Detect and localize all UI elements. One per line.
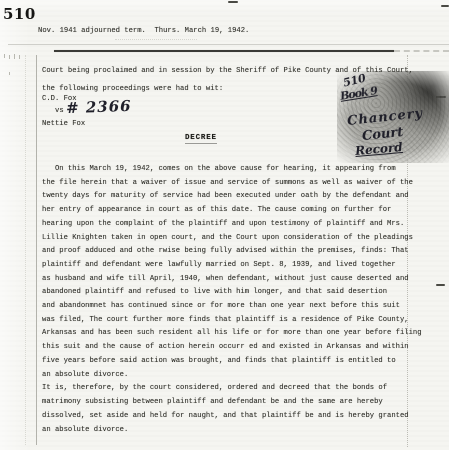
decree-closing-line: dissolved, set aside and held for naught… <box>42 409 409 423</box>
scan-artifact <box>19 55 20 59</box>
decree-closing-line: an absolute divorce. <box>42 423 409 437</box>
decree-body-line: her entry of appearance in court as of t… <box>42 204 422 218</box>
decree-closing-paragraph: It is, therefore, by the court considere… <box>42 381 409 437</box>
thick-horizontal-rule <box>54 50 394 52</box>
vs-label: vs <box>55 107 64 115</box>
thick-rule-faded-end <box>394 50 449 52</box>
decree-body-line: and abandonmnet has continued since or f… <box>42 300 422 314</box>
term-date-line: Nov. 1941 adjourned term. Thurs. March 1… <box>38 27 249 35</box>
scan-artifact-dash <box>436 284 445 286</box>
decree-title: DECREE <box>185 134 217 144</box>
decree-closing-line: matrimony subsisting between plaintiff a… <box>42 395 409 409</box>
scan-artifact <box>9 55 10 59</box>
proclamation-line: Court being proclaimed and in session by… <box>42 62 413 80</box>
proclamation-paragraph: Court being proclaimed and in session by… <box>42 62 413 98</box>
decree-body-line: the file herein that a waiver of issue a… <box>42 177 422 191</box>
defendant-name: Nettie Fox <box>42 120 85 128</box>
proclamation-line: the following proceedings were had to wi… <box>42 80 413 98</box>
faint-dotted-rule <box>115 39 197 40</box>
thin-horizontal-rule <box>8 44 449 45</box>
decree-body-line: this suit and the cause of action herein… <box>42 341 422 355</box>
scan-artifact <box>14 54 15 59</box>
scanned-court-document: 510 Nov. 1941 adjourned term. Thurs. Mar… <box>0 0 449 450</box>
page-number: 510 <box>3 5 36 23</box>
decree-body-line: and proof adduced and othe rwise being f… <box>42 245 422 259</box>
scan-artifact-dash <box>228 1 238 3</box>
decree-body-line: Lillie Knighten taken in open court, and… <box>42 232 422 246</box>
decree-closing-line: It is, therefore, by the court considere… <box>42 381 409 395</box>
decree-body-line: five years before said action was brough… <box>42 355 422 369</box>
left-margin-line <box>36 55 37 445</box>
left-margin-dotted-line <box>25 55 26 445</box>
decree-body-line: was filed, The court further more finds … <box>42 314 422 328</box>
decree-body-line: abandoned plaintiff and refused to live … <box>42 286 422 300</box>
scan-artifact <box>4 54 5 58</box>
decree-body-line: hearing upon the complaint of the plaint… <box>42 218 422 232</box>
decree-body-line: twenty days for maturity of service had … <box>42 190 422 204</box>
decree-body-line: On this March 19, 1942, comes on the abo… <box>42 163 422 177</box>
decree-body-line: plaintiff and defendant were lawfully ma… <box>42 259 422 273</box>
scan-artifact <box>9 72 10 75</box>
decree-body-line: Arkansas and has been such resident all … <box>42 327 422 341</box>
decree-body-line: as husband and wife till April, 1940, wh… <box>42 273 422 287</box>
decree-body-paragraph: On this March 19, 1942, comes on the abo… <box>42 163 422 382</box>
case-number-handwritten: # 2366 <box>66 97 132 117</box>
scan-artifact-dash <box>441 5 449 7</box>
